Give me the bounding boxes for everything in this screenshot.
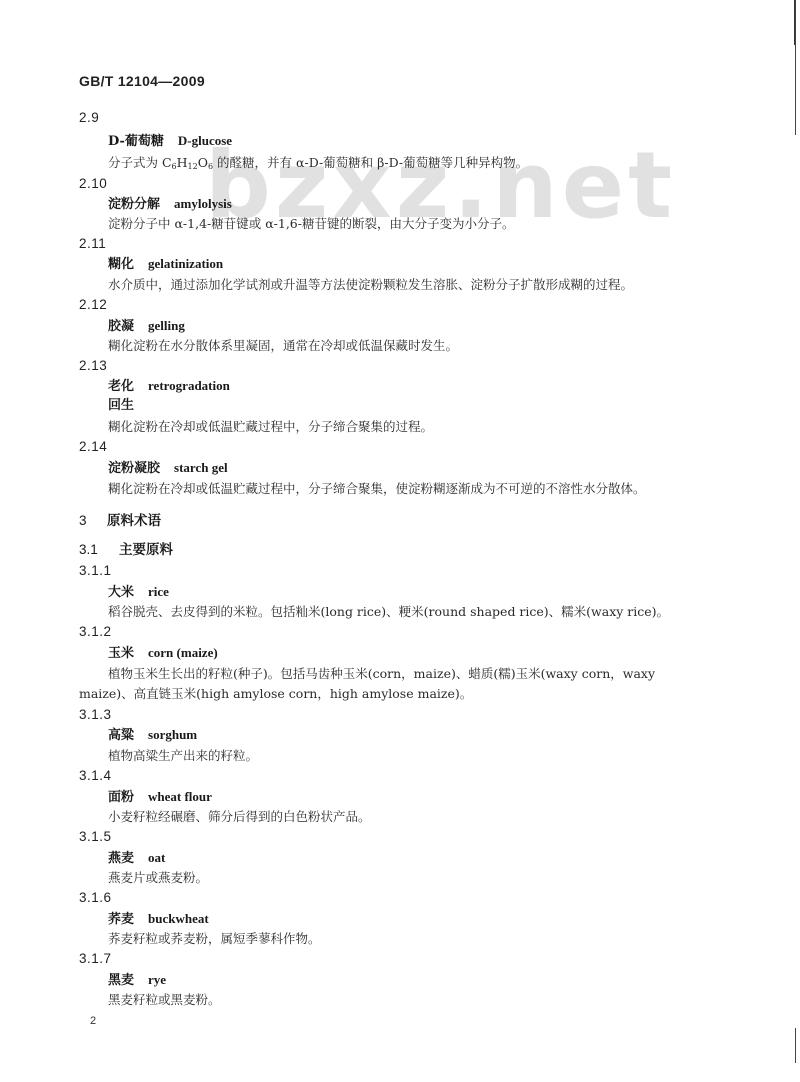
clause-number: 3.1.4 [79,768,112,784]
clause-number: 2.11 [79,236,106,252]
clause-number: 2.12 [79,297,107,313]
term-en: D-glucose [178,133,232,148]
page-number: 2 [90,1015,96,1027]
term-en: sorghum [148,727,197,742]
term-heading: 老化retrogradation [108,378,230,395]
term-cn: 老化 [108,379,134,394]
clause-number: 2.10 [79,176,107,192]
term-definition: 荞麦籽粒或荞麦粉，属短季蓼科作物。 [108,931,321,947]
clause-number: 3.1.1 [79,563,112,579]
term-cn: 面粉 [108,790,134,805]
term-definition: 糊化淀粉在冷却或低温贮藏过程中，分子缔合聚集的过程。 [108,419,433,435]
term-definition: 糊化淀粉在冷却或低温贮藏过程中，分子缔合聚集，使淀粉糊逐渐成为不可逆的不溶性水分… [108,481,646,497]
subsection-heading: 3.1主要原料 [79,542,173,558]
term-en: gelling [148,318,185,333]
clause-number: 3.1.7 [79,951,112,967]
term-cn: D-葡萄糖 [108,134,164,149]
term-heading: 黑麦rye [108,972,166,989]
standard-number-header: GB/T 12104—2009 [79,73,205,89]
term-cn: 黑麦 [108,973,134,988]
term-heading: 高粱sorghum [108,727,197,744]
term-cn: 玉米 [108,646,134,661]
term-en: wheat flour [148,789,212,804]
term-en: starch gel [174,460,228,475]
term-en: rye [148,972,166,987]
document-page: GB/T 12104—2009 bzxz.net 2.9 D-葡萄糖D-gluc… [0,0,800,1082]
term-en: gelatinization [148,256,223,271]
term-heading: D-葡萄糖D-glucose [108,133,232,150]
clause-number: 2.13 [79,358,107,374]
term-synonym: 回生 [108,398,134,414]
clause-number: 2.14 [79,439,107,455]
term-cn: 淀粉分解 [108,197,160,212]
term-cn: 荞麦 [108,912,134,927]
term-heading: 胶凝gelling [108,318,185,335]
term-definition: 淀粉分子中 α-1,4-糖苷键或 α-1,6-糖苷键的断裂，由大分子变为小分子。 [108,216,514,232]
term-en: buckwheat [148,911,209,926]
term-definition: 糊化淀粉在水分散体系里凝固，通常在冷却或低温保藏时发生。 [108,338,458,354]
term-cn: 燕麦 [108,851,134,866]
term-definition: 水介质中，通过添加化学试剂或升温等方法使淀粉颗粒发生溶胀、淀粉分子扩散形成糊的过… [108,277,633,293]
clause-number: 3.1.6 [79,890,112,906]
scan-edge-mark [795,0,796,135]
term-heading: 淀粉凝胶starch gel [108,460,228,477]
term-definition: 燕麦片或燕麦粉。 [108,870,208,886]
term-heading: 燕麦oat [108,850,165,867]
clause-number: 3.1.5 [79,829,112,845]
term-definition: 分子式为 C6H12O6 的醛糖，并有 α-D-葡萄糖和 β-D-葡萄糖等几种异… [108,155,528,175]
term-en: oat [148,850,165,865]
term-en: rice [148,584,169,599]
term-en: retrogradation [148,378,230,393]
term-definition: 黑麦籽粒或黑麦粉。 [108,992,221,1008]
term-heading: 淀粉分解amylolysis [108,196,232,213]
term-definition: 植物玉米生长出的籽粒(种子)。包括马齿种玉米(corn，maize)、蜡质(糯)… [108,666,655,682]
term-definition: 小麦籽粒经碾磨、筛分后得到的白色粉状产品。 [108,809,371,825]
clause-number: 2.9 [79,110,99,126]
scan-edge-mark [795,1028,796,1063]
term-definition: 稻谷脱壳、去皮得到的米粒。包括籼米(long rice)、粳米(round sh… [108,604,669,620]
clause-number: 3.1.3 [79,707,112,723]
term-heading: 荞麦buckwheat [108,911,209,928]
term-heading: 糊化gelatinization [108,256,223,273]
section-heading: 3原料术语 [79,513,161,529]
term-heading: 面粉wheat flour [108,789,212,806]
term-definition-continued: maize)、高直链玉米(high amylose corn，high amyl… [79,686,472,702]
clause-number: 3.1.2 [79,624,112,640]
term-cn: 糊化 [108,257,134,272]
term-cn: 淀粉凝胶 [108,461,160,476]
term-definition: 植物高粱生产出来的籽粒。 [108,748,258,764]
term-cn: 胶凝 [108,319,134,334]
term-cn: 高粱 [108,728,134,743]
term-heading: 玉米corn (maize) [108,645,218,662]
term-heading: 大米rice [108,584,169,601]
term-en: amylolysis [174,196,232,211]
term-cn: 大米 [108,585,134,600]
term-en: corn (maize) [148,645,218,660]
